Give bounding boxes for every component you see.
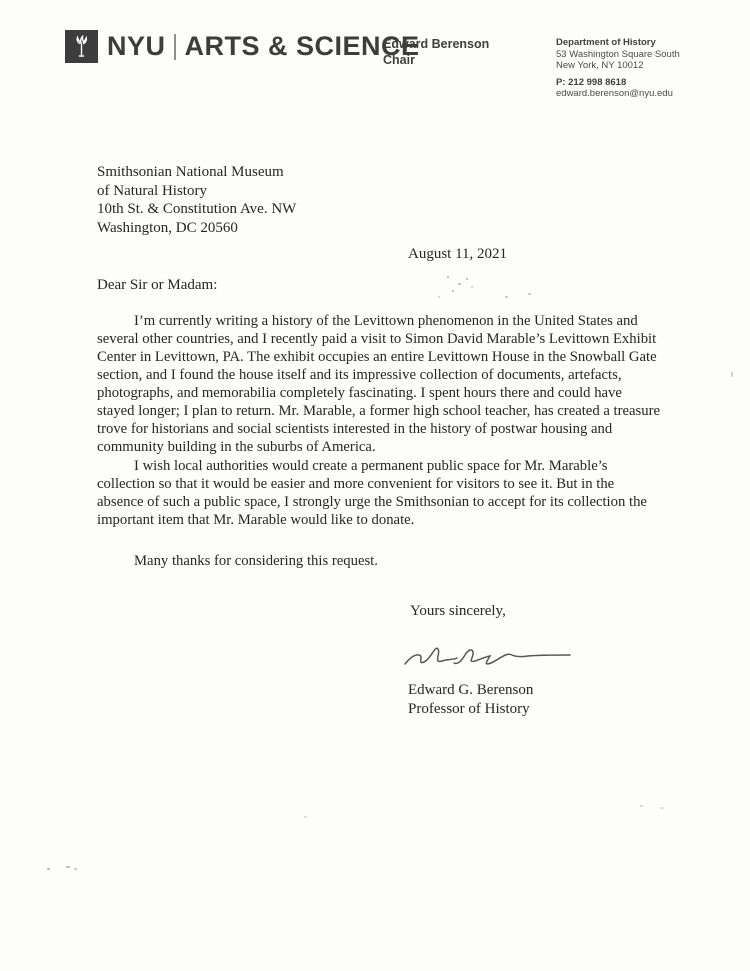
scan-artifact [528,293,531,295]
valediction: Yours sincerely, [410,603,506,620]
recipient-line: Smithsonian National Museum [97,163,296,182]
letter-page: NYU ARTS & SCIENCE Edward Berenson Chair… [0,0,750,971]
scan-artifact [660,807,664,809]
sender-name: Edward Berenson [383,36,489,52]
scan-artifact [640,805,643,807]
scan-artifact [505,296,508,298]
scan-artifact [458,283,461,285]
department-name: Department of History [556,37,716,49]
letter-date: August 11, 2021 [408,246,507,263]
logo-divider [174,34,176,60]
nyu-torch-icon [65,30,98,63]
department-email: edward.berenson@nyu.edu [556,88,716,100]
signer-title: Professor of History [408,700,533,719]
logo-org-text: NYU [107,31,166,62]
recipient-line: Washington, DC 20560 [97,219,296,238]
nyu-logo: NYU ARTS & SCIENCE [65,30,420,63]
department-block: Department of History 53 Washington Squa… [556,37,716,100]
department-address-line2: New York, NY 10012 [556,60,716,72]
scan-artifact [466,278,468,280]
body-paragraph-3: Many thanks for considering this request… [97,552,663,570]
department-address-line1: 53 Washington Square South [556,49,716,61]
scan-artifact [471,286,473,288]
recipient-line: of Natural History [97,182,296,201]
department-phone: P: 212 998 8618 [556,77,716,89]
scan-artifact [447,276,449,278]
sender-title: Chair [383,52,489,68]
signer-name: Edward G. Berenson [408,681,533,700]
signature-image [402,632,574,679]
recipient-line: 10th St. & Constitution Ave. NW [97,200,296,219]
scan-artifact [438,296,440,298]
scan-artifact [731,372,733,377]
scan-artifact [47,868,50,870]
sender-block: Edward Berenson Chair [383,36,489,68]
body-paragraph-1: I’m currently writing a history of the L… [97,312,663,456]
salutation: Dear Sir or Madam: [97,277,217,294]
signer-block: Edward G. Berenson Professor of History [408,681,533,718]
recipient-address: Smithsonian National Museum of Natural H… [97,163,296,237]
body-paragraph-2: I wish local authorities would create a … [97,457,663,529]
scan-artifact [452,290,454,292]
scan-artifact [66,866,70,868]
scan-artifact [74,868,77,870]
scan-artifact [304,816,307,818]
